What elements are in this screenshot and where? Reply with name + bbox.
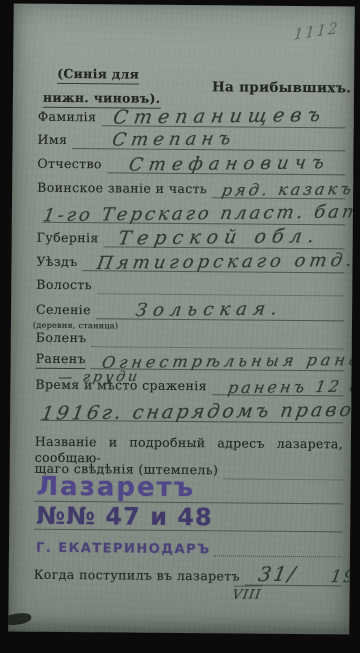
- form-rule: Стефановичъ: [107, 152, 346, 175]
- field-row-admitted: Когда поступилъ въ лазаретъ 31/ 1916 г.: [34, 562, 342, 587]
- hospital-stamp-line1: Лазаретъ: [36, 472, 195, 503]
- field-row-rank-unit-line2: 1-го Терскаго пласт. бат.: [37, 195, 345, 226]
- form-rule: Зольская.: [96, 298, 344, 321]
- field-village-label: Селеніе: [36, 303, 91, 319]
- field-district-label: Уѣздъ: [36, 255, 77, 271]
- field-admitted-year: 1916 г.: [329, 566, 354, 587]
- corner-pencil-note: 1112: [293, 19, 340, 44]
- field-village-value: Зольская.: [134, 298, 284, 321]
- field-province-value: Терской обл.: [117, 225, 322, 249]
- form-rule: Степанищевъ: [101, 104, 346, 128]
- field-volost-label: Волость: [36, 278, 92, 294]
- form-rule: 1-го Терскаго пласт. бат.: [42, 202, 345, 226]
- form-rule: 1916г. снарядомъ правое пл.: [40, 399, 343, 424]
- field-row-sick: Боленъ: [36, 325, 344, 350]
- hospital-admission-card: 1112 (Синія для нижн. чиновъ). На прибыв…: [8, 4, 354, 635]
- field-wounded-value-line2: — груди: [58, 366, 140, 386]
- field-admitted-month: VIII: [233, 583, 262, 602]
- field-row-province: Губернія Терской обл.: [37, 225, 345, 250]
- scanned-document: 1112 (Синія для нижн. чиновъ). На прибыв…: [0, 0, 360, 653]
- field-patronymic-label: Отчество: [37, 157, 102, 173]
- field-surname-label: Фамилія: [38, 110, 97, 126]
- arrivals-heading: На прибывшихъ.: [212, 79, 351, 97]
- field-admitted-label: Когда поступилъ въ лазаретъ: [34, 568, 240, 585]
- field-surname-value: Степанищевъ: [111, 104, 327, 129]
- hospital-stamp-line3: Г. ЕКАТЕРИНОДАРЪ: [36, 541, 211, 558]
- field-row-village: Селеніе Зольская.: [36, 297, 344, 322]
- form-rule: [223, 478, 342, 480]
- form-rule: Степанъ: [72, 128, 345, 151]
- field-row-patronymic: Отчество Стефановичъ: [37, 151, 345, 176]
- field-sick-label: Боленъ: [36, 331, 87, 347]
- field-row-district: Уѣздъ Пятигорскаго отд.: [36, 249, 344, 274]
- field-patronymic-value: Стефановичъ: [127, 152, 331, 175]
- form-rule: Пятигорскаго отд.: [82, 250, 344, 273]
- form-rule: 31/ 1916 г.: [245, 562, 342, 587]
- field-admitted-day: 31/: [257, 562, 299, 586]
- corner-blotch: [8, 612, 32, 627]
- form-rule: [214, 555, 342, 557]
- field-row-surname: Фамилія Степанищевъ: [38, 104, 346, 129]
- field-row-volost: Волость: [36, 272, 344, 297]
- form-rule: [97, 293, 344, 296]
- blue-note-line1: (Синія для: [57, 66, 139, 84]
- field-row-name: Имя Степанъ: [37, 127, 345, 152]
- form-rule: раненъ 12 авг.: [212, 376, 344, 396]
- field-row-battle-line2: 1916г. снарядомъ правое пл.: [35, 393, 343, 424]
- field-district-value: Пятигорскаго отд.: [95, 250, 354, 274]
- field-name-label: Имя: [37, 133, 67, 149]
- form-rule: Терской обл.: [104, 225, 345, 249]
- field-battle-value2: 1916г. снарядомъ правое пл.: [40, 398, 355, 425]
- field-rank-unit-value2: 1-го Терскаго пласт. бат.: [42, 201, 355, 226]
- hospital-stamp-line2: №№ 47 и 48: [36, 502, 213, 532]
- field-province-label: Губернія: [37, 231, 99, 247]
- field-name-value: Степанъ: [110, 128, 237, 150]
